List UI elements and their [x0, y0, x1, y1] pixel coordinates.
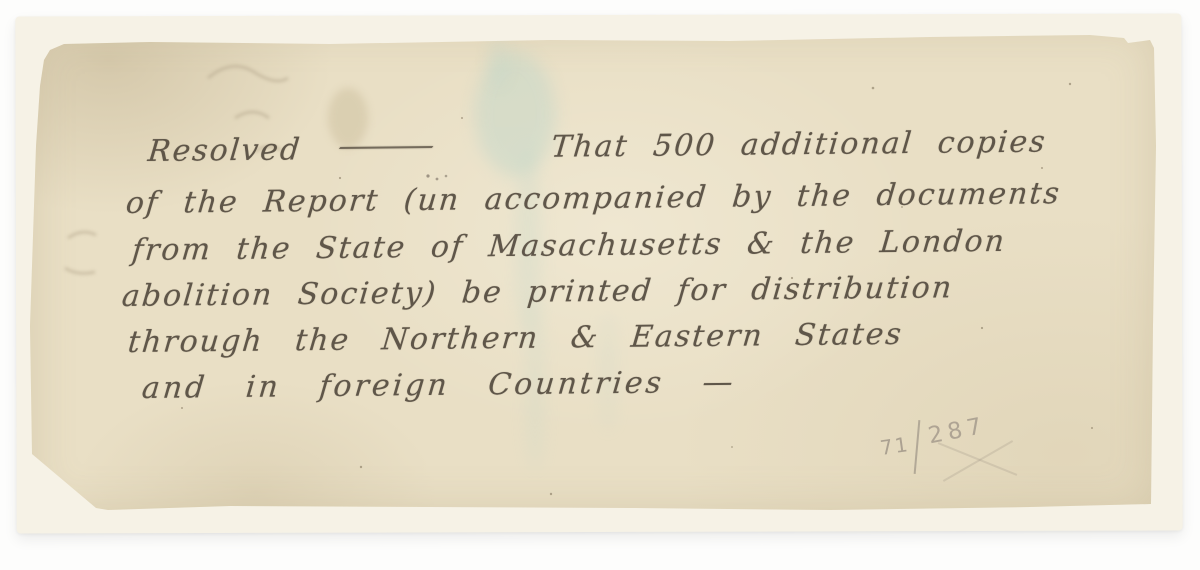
- manuscript-paper: Resolved—That 500 additional copies of t…: [30, 26, 1156, 512]
- ink-dots: [426, 174, 447, 180]
- paper-texture-overlay: [30, 26, 1156, 512]
- pencil-slash-line: [914, 420, 921, 474]
- manuscript-line: Resolved—That 500 additional copies: [146, 125, 1048, 169]
- manuscript-line: from the State of Masachusetts & the Lon…: [130, 224, 1007, 268]
- resolved-word: Resolved: [146, 132, 303, 169]
- penciled-number-right: 287: [926, 413, 989, 450]
- manuscript-line: and in foreign Countries —: [140, 365, 737, 406]
- pencil-cross-mark: [943, 440, 1013, 482]
- scan-background: Resolved—That 500 additional copies of t…: [0, 0, 1200, 570]
- line1-continuation: That 500 additional copies: [550, 125, 1049, 165]
- penciled-number-left: 71: [878, 432, 911, 460]
- manuscript-line: abolition Society) be printed for distri…: [120, 270, 954, 314]
- manuscript-line: through the Northern & Eastern States: [126, 317, 904, 360]
- manuscript-line: of the Report (un accompanied by the doc…: [124, 176, 1062, 221]
- flourish-dash: —: [334, 128, 439, 164]
